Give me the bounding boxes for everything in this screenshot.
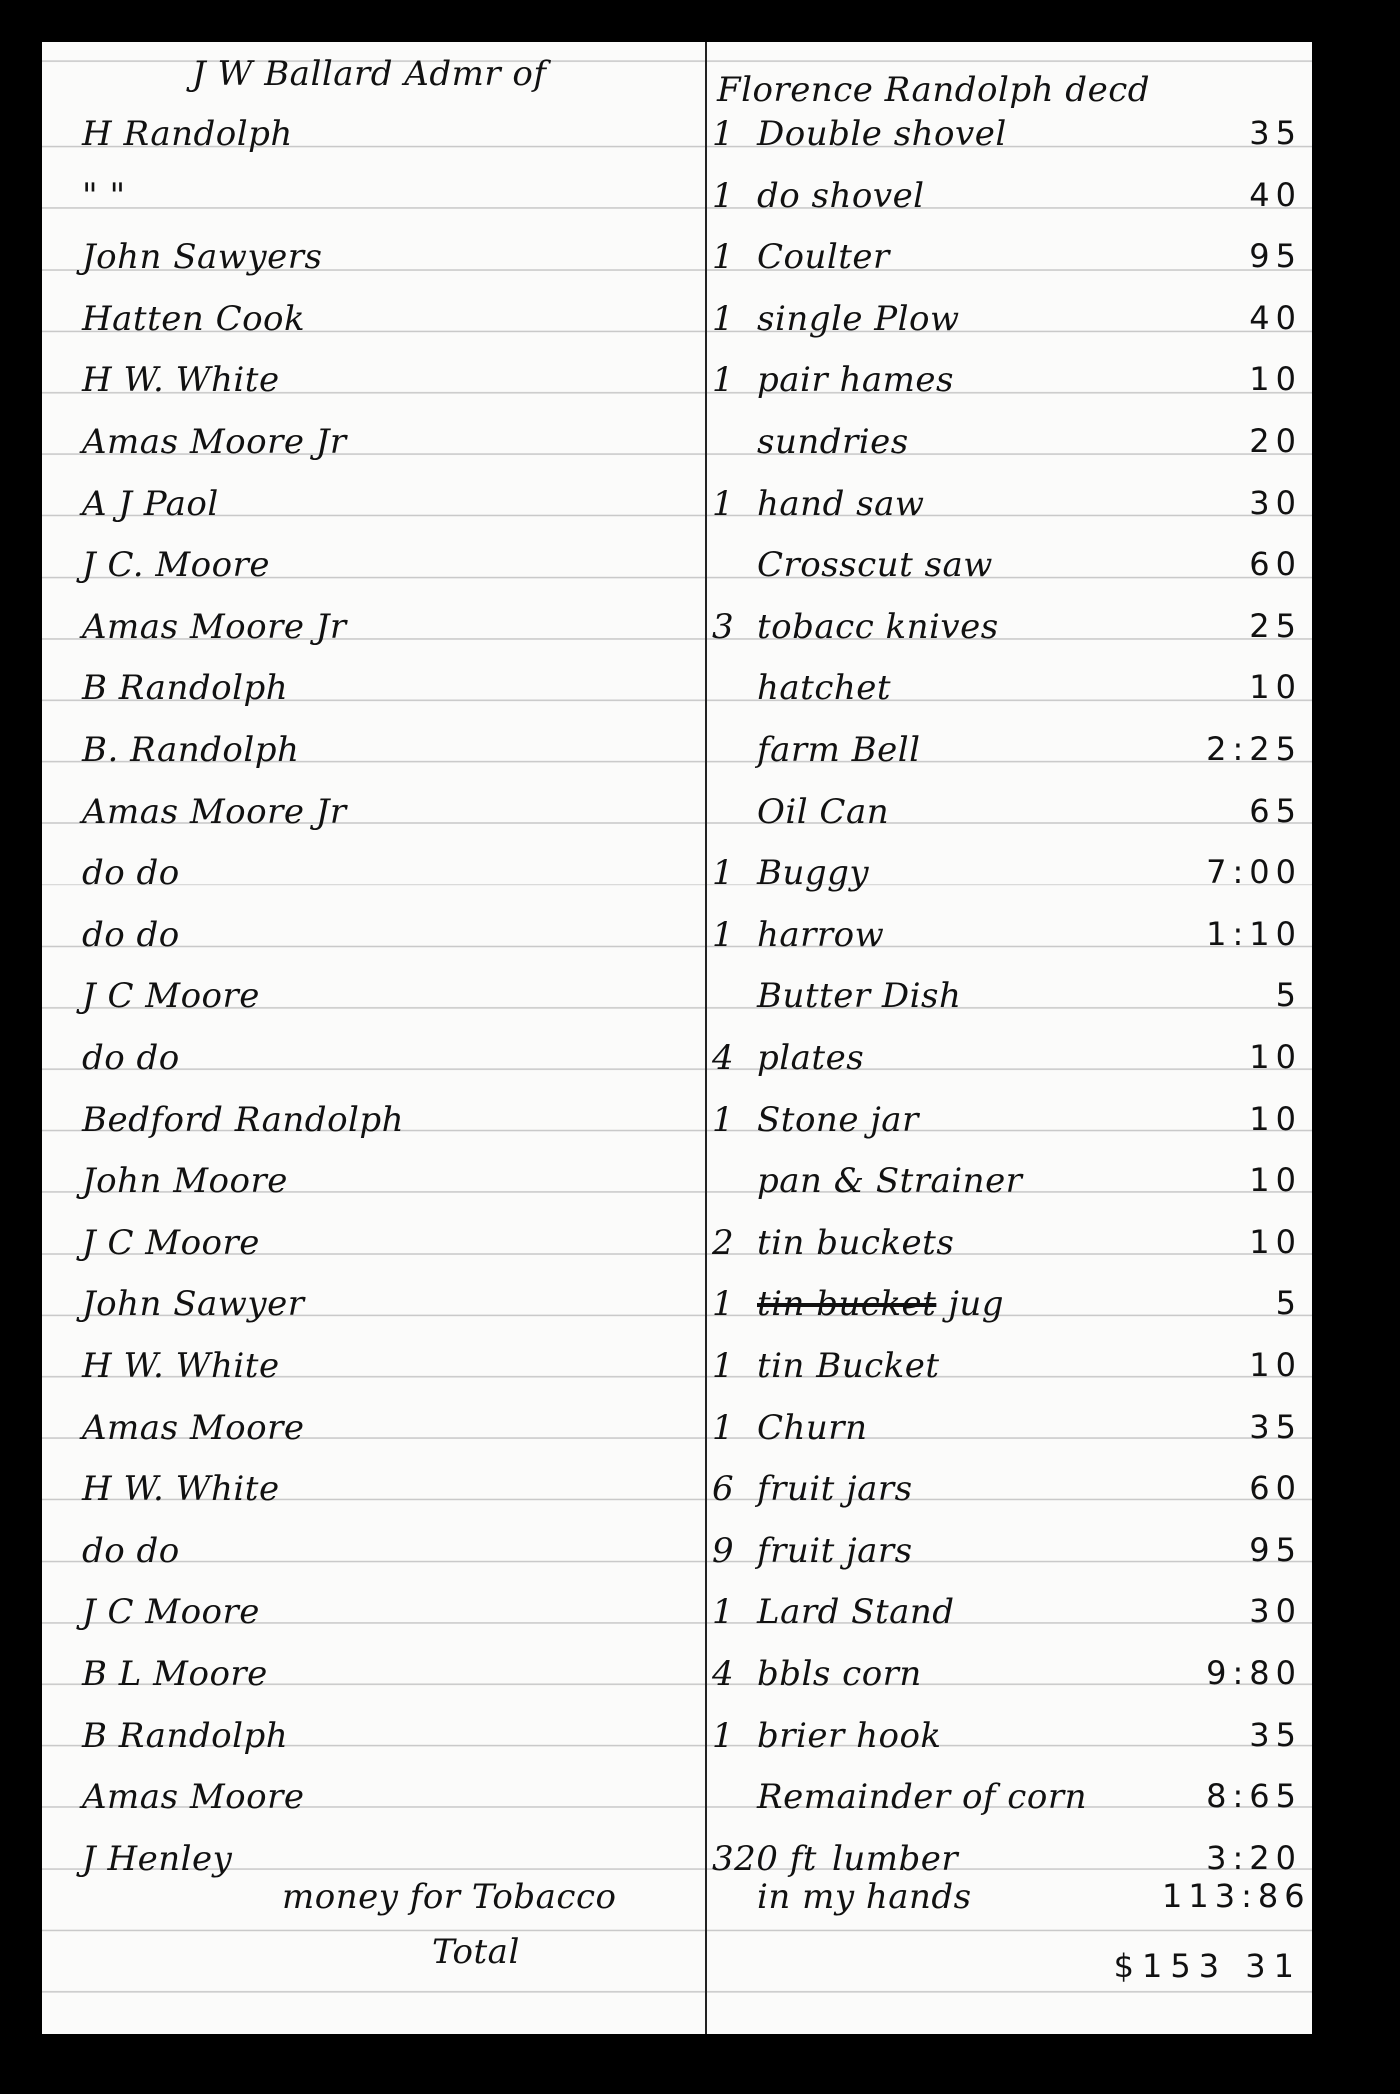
item-amount: 10 xyxy=(1162,1100,1302,1138)
item-amount: 10 xyxy=(1162,1161,1302,1199)
item-amount: 20 xyxy=(1162,422,1302,460)
item-description: brier hook xyxy=(757,1716,942,1756)
item-description: Crosscut saw xyxy=(757,545,993,585)
item-amount: 8:65 xyxy=(1162,1777,1302,1815)
purchaser-name: B L Moore xyxy=(82,1654,268,1694)
purchaser-name: John Sawyer xyxy=(82,1284,304,1324)
item-description: sundries xyxy=(757,422,909,462)
heading-administrator: J W Ballard Admr of xyxy=(192,54,546,94)
purchaser-name: John Sawyers xyxy=(82,237,322,277)
purchaser-name: H Randolph xyxy=(82,114,293,154)
purchaser-name: Bedford Randolph xyxy=(82,1100,404,1140)
purchaser-name: J Henley xyxy=(82,1839,232,1879)
item-description-text: jug xyxy=(948,1284,1004,1324)
purchaser-name: do do xyxy=(82,915,180,955)
item-amount: 10 xyxy=(1162,1346,1302,1384)
item-amount: 3:20 xyxy=(1162,1839,1302,1877)
item-description: fruit jars xyxy=(757,1531,913,1571)
item-description: hand saw xyxy=(757,484,924,524)
purchaser-name: J C Moore xyxy=(82,976,260,1016)
item-amount: 10 xyxy=(1162,1038,1302,1076)
item-amount: 95 xyxy=(1162,1531,1302,1569)
item-quantity: 1 xyxy=(712,1716,752,1756)
item-description: pan & Strainer xyxy=(757,1161,1022,1201)
item-description: plates xyxy=(757,1038,864,1078)
purchaser-name: Amas Moore xyxy=(82,1408,304,1448)
purchaser-name: Hatten Cook xyxy=(82,299,305,339)
purchaser-name: B Randolph xyxy=(82,668,288,708)
purchaser-name: Amas Moore xyxy=(82,1777,304,1817)
item-description: Buggy xyxy=(757,853,869,893)
purchaser-name: J C Moore xyxy=(82,1223,260,1263)
purchaser-name: do do xyxy=(82,1038,180,1078)
item-amount: 40 xyxy=(1162,176,1302,214)
item-description: hatchet xyxy=(757,668,891,708)
item-description: tobacc knives xyxy=(757,607,999,647)
item-quantity: 1 xyxy=(712,360,752,400)
item-quantity: 4 xyxy=(712,1654,752,1694)
item-description: Lard Stand xyxy=(757,1592,955,1632)
purchaser-name: do do xyxy=(82,853,180,893)
item-description: lumber xyxy=(832,1839,958,1879)
item-amount: 35 xyxy=(1162,1408,1302,1446)
purchaser-name: B. Randolph xyxy=(82,730,299,770)
item-amount: 35 xyxy=(1162,114,1302,152)
item-amount: 35 xyxy=(1162,1716,1302,1754)
purchaser-name: A J Paol xyxy=(82,484,219,524)
item-description: tin bucketjug xyxy=(757,1284,1004,1324)
purchaser-name: J C. Moore xyxy=(82,545,270,585)
item-amount: 95 xyxy=(1162,237,1302,275)
column-divider xyxy=(705,42,707,2034)
item-amount: 2:25 xyxy=(1162,730,1302,768)
item-amount: 60 xyxy=(1162,1469,1302,1507)
item-quantity: 1 xyxy=(712,915,752,955)
item-quantity: 3 xyxy=(712,607,752,647)
purchaser-name: B Randolph xyxy=(82,1716,288,1756)
item-quantity: 6 xyxy=(712,1469,752,1509)
item-quantity: 1 xyxy=(712,176,752,216)
item-description: tin buckets xyxy=(757,1223,954,1263)
item-description: fruit jars xyxy=(757,1469,913,1509)
item-quantity: 4 xyxy=(712,1038,752,1078)
purchaser-name: H W. White xyxy=(82,1469,280,1509)
purchaser-name: Amas Moore Jr xyxy=(82,792,347,832)
item-description: Churn xyxy=(757,1408,867,1448)
purchaser-name: H W. White xyxy=(82,360,280,400)
item-quantity: 1 xyxy=(712,1100,752,1140)
item-description: bbls corn xyxy=(757,1654,922,1694)
item-quantity: 2 xyxy=(712,1223,752,1263)
item-description: harrow xyxy=(757,915,884,955)
struck-text: tin bucket xyxy=(757,1284,936,1324)
item-description: Stone jar xyxy=(757,1100,919,1140)
item-quantity: 1 xyxy=(712,1408,752,1448)
purchaser-name: Amas Moore Jr xyxy=(82,422,347,462)
item-quantity: 1 xyxy=(712,1346,752,1386)
item-description: Oil Can xyxy=(757,792,889,832)
item-description: Double shovel xyxy=(757,114,1007,154)
item-quantity: 1 xyxy=(712,1592,752,1632)
item-description: tin Bucket xyxy=(757,1346,940,1386)
item-quantity: 1 xyxy=(712,237,752,277)
item-amount: 10 xyxy=(1162,1223,1302,1261)
item-description: Coulter xyxy=(757,237,890,277)
item-quantity: 320 ft xyxy=(712,1839,752,1879)
item-amount: 5 xyxy=(1162,1284,1302,1322)
item-amount: 9:80 xyxy=(1162,1654,1302,1692)
tobacco-label-right: in my hands xyxy=(757,1877,972,1917)
tobacco-label: money for Tobacco xyxy=(282,1877,616,1917)
item-description: do shovel xyxy=(757,176,925,216)
item-amount: 25 xyxy=(1162,607,1302,645)
item-amount: 60 xyxy=(1162,545,1302,583)
item-description: single Plow xyxy=(757,299,960,339)
item-quantity: 1 xyxy=(712,1284,752,1324)
ledger-page: J W Ballard Admr of Florence Randolph de… xyxy=(42,42,1312,2034)
item-quantity: 1 xyxy=(712,484,752,524)
item-description: farm Bell xyxy=(757,730,921,770)
item-quantity: 1 xyxy=(712,114,752,154)
item-description: Butter Dish xyxy=(757,976,961,1016)
purchaser-name: John Moore xyxy=(82,1161,288,1201)
purchaser-name: Amas Moore Jr xyxy=(82,607,347,647)
item-description: pair hames xyxy=(757,360,954,400)
item-description: Remainder of corn xyxy=(757,1777,1087,1817)
purchaser-name: do do xyxy=(82,1531,180,1571)
heading-estate: Florence Randolph decd xyxy=(717,70,1150,110)
purchaser-name: H W. White xyxy=(82,1346,280,1386)
purchaser-name: J C Moore xyxy=(82,1592,260,1632)
total-amount: $153 31 xyxy=(1052,1947,1302,1985)
item-amount: 40 xyxy=(1162,299,1302,337)
item-quantity: 9 xyxy=(712,1531,752,1571)
item-quantity: 1 xyxy=(712,299,752,339)
item-amount: 65 xyxy=(1162,792,1302,830)
purchaser-name: " " xyxy=(82,176,126,216)
item-amount: 5 xyxy=(1162,976,1302,1014)
item-quantity: 1 xyxy=(712,853,752,893)
total-label: Total xyxy=(432,1932,520,1972)
item-amount: 30 xyxy=(1162,484,1302,522)
item-amount: 10 xyxy=(1162,668,1302,706)
item-amount: 10 xyxy=(1162,360,1302,398)
item-amount: 1:10 xyxy=(1162,915,1302,953)
item-amount: 7:00 xyxy=(1162,853,1302,891)
item-amount: 30 xyxy=(1162,1592,1302,1630)
tobacco-amount: 113:86 xyxy=(1162,1877,1302,1915)
